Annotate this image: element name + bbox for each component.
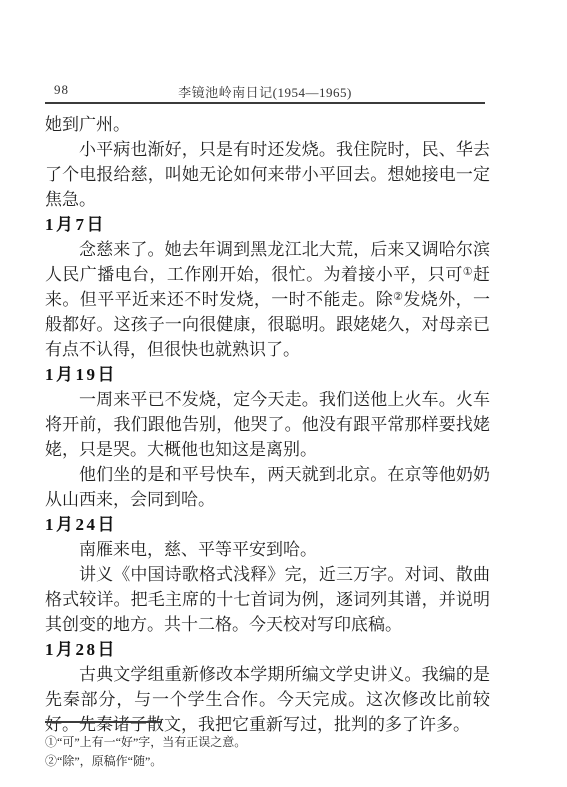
diary-body: 她到广州。 小平病也渐好，只是有时还发烧。我住院时，民、华去了个电报给慈，叫她无… [45, 112, 490, 737]
footnote-ref: ① [463, 266, 473, 278]
paragraph: 念慈来了。她去年调到黑龙江北大荒，后来又调哈尔滨人民广播电台，工作刚开始，很忙。… [45, 237, 490, 362]
footnote-1: ①“可”上有一“好”字，当有正误之意。 [45, 733, 490, 752]
date-heading-jan-7: 1月7日 [45, 212, 490, 237]
running-title: 李镜池岭南日记(1954—1965) [45, 82, 485, 101]
page-header: 98 李镜池岭南日记(1954—1965) [45, 82, 485, 98]
date-heading-jan-28: 1月28日 [45, 637, 490, 662]
footnote-rule [45, 721, 162, 723]
paragraph: 小平病也渐好，只是有时还发烧。我住院时，民、华去了个电报给慈，叫她无论如何来带小… [45, 137, 490, 212]
book-page: 98 李镜池岭南日记(1954—1965) 她到广州。 小平病也渐好，只是有时还… [0, 0, 567, 787]
footnote-2: ②“除”，原稿作“随”。 [45, 752, 490, 771]
paragraph: 南雁来电，慈、平等平安到哈。 [45, 537, 490, 562]
header-rule [45, 102, 485, 104]
date-heading-jan-19: 1月19日 [45, 362, 490, 387]
date-heading-jan-24: 1月24日 [45, 512, 490, 537]
footnote-ref: ② [393, 291, 403, 303]
paragraph: 讲义《中国诗歌格式浅释》完，近三万字。对词、散曲格式较详。把毛主席的十七首词为例… [45, 562, 490, 637]
paragraph: 一周来平已不发烧，定今天走。我们送他上火车。火车将开前，我们跟他告别，他哭了。他… [45, 387, 490, 462]
paragraph: 她到广州。 [45, 112, 490, 137]
footnote-area: ①“可”上有一“好”字，当有正误之意。 ②“除”，原稿作“随”。 [45, 721, 490, 771]
paragraph: 他们坐的是和平号快车，两天就到北京。在京等他奶奶从山西来，会同到哈。 [45, 462, 490, 512]
